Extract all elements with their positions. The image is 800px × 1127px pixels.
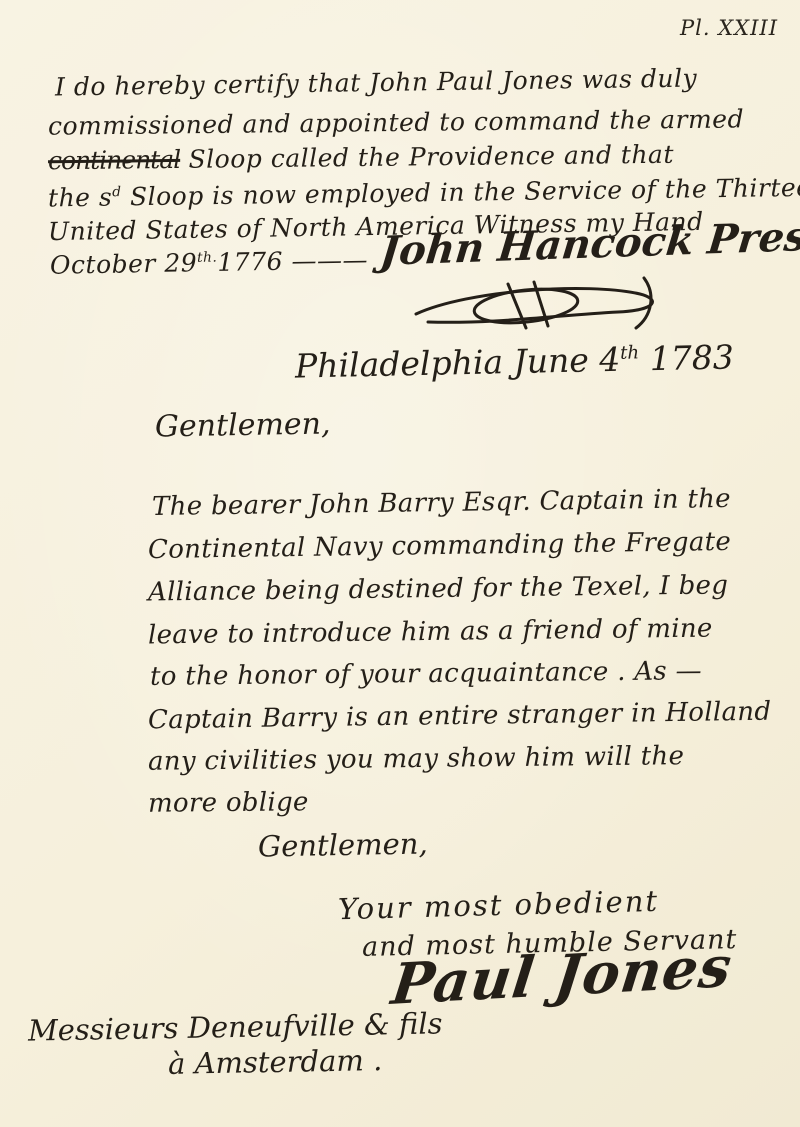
plate-number-label: Pl. XXIII <box>680 16 778 40</box>
letter-dateline: Philadelphia June 4th 1783 <box>295 337 734 385</box>
letter-body-line: Alliance being destined for the Texel, I… <box>148 570 729 607</box>
certificate-line-4-pre: the s <box>48 183 113 213</box>
letter-place-date: Philadelphia June 4 <box>295 340 621 386</box>
long-dash-flourish: ——— <box>291 245 368 275</box>
address-line-2: à Amsterdam . <box>168 1043 383 1081</box>
superscript-d: d <box>112 184 122 200</box>
certificate-year: 1776 <box>217 247 283 277</box>
certificate-line-1: I do hereby certify that John Paul Jones… <box>55 64 697 102</box>
certificate-date: October 29 <box>50 248 198 280</box>
document-page: Pl. XXIII I do hereby certify that John … <box>0 0 800 1127</box>
salutation-closing: Gentlemen, <box>258 827 428 864</box>
certificate-line-3: continental Sloop called the Providence … <box>48 140 674 176</box>
letter-body-line: Captain Barry is an entire stranger in H… <box>148 697 772 736</box>
salutation: Gentlemen, <box>155 406 331 444</box>
address-line-1: Messieurs Deneufville & fils <box>28 1006 443 1047</box>
letter-body-line: leave to introduce him as a friend of mi… <box>148 614 713 651</box>
superscript-th-2: th <box>620 342 639 363</box>
letter-body-line: The bearer John Barry Esqr. Captain in t… <box>152 484 731 522</box>
certificate-date-line: October 29th.1776 ——— <box>50 245 368 280</box>
closing-line-1: Your most obedient <box>338 884 660 926</box>
crossed-out-word: continental <box>48 145 180 175</box>
letter-year: 1783 <box>649 337 734 378</box>
certificate-line-3-rest: Sloop called the Providence and that <box>180 140 674 174</box>
letter-body-line: any civilities you may show him will the <box>148 741 685 777</box>
letter-body-line: more oblige <box>148 787 309 818</box>
superscript-th: th. <box>197 250 218 266</box>
letter-body-line: Continental Navy commanding the Fregate <box>148 527 731 565</box>
letter-body-line: to the honor of your acquaintance . As — <box>150 656 702 692</box>
hancock-paraph-flourish <box>408 272 678 334</box>
certificate-line-4-rest: Sloop is now employed in the Service of … <box>121 173 800 212</box>
certificate-line-2: commissioned and appointed to command th… <box>48 104 744 140</box>
